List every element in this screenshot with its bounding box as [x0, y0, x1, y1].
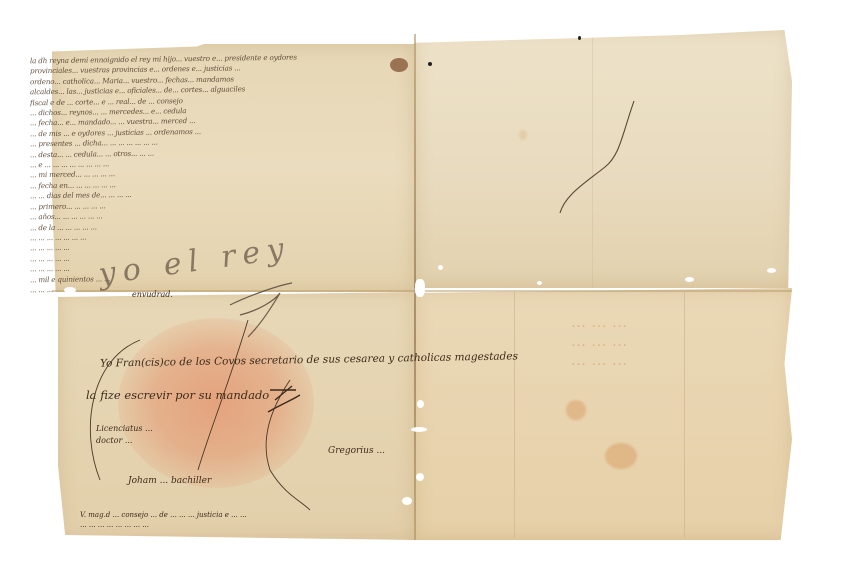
paper-hole — [685, 277, 694, 282]
paper-hole — [537, 281, 542, 285]
verso-faded-stamp: ... ... ... ... ... ... ... ... ... — [525, 316, 675, 373]
secretary-rubric-flourish — [70, 320, 330, 520]
ink-spot — [428, 62, 432, 66]
fold-crease — [684, 292, 685, 538]
registration-note: V. mag.d ... consejo ... de ... ... ... … — [80, 510, 400, 530]
stamp-line: ... ... ... — [525, 354, 675, 373]
stamp-line: ... ... ... — [525, 316, 675, 335]
closing-word: envudrad. — [132, 290, 173, 299]
foxing-stain — [605, 443, 637, 469]
countersignature: Gregorius ... — [328, 446, 385, 456]
paper-hole — [417, 400, 424, 408]
paper-hole — [438, 265, 443, 270]
ink-spot — [578, 36, 581, 40]
footer-line: V. mag.d ... consejo ... de ... ... ... … — [80, 510, 400, 520]
paper-hole — [416, 473, 424, 481]
paper-hole — [767, 268, 776, 273]
countersignature: doctor ... — [96, 436, 132, 445]
fold-crease — [514, 292, 515, 538]
paper-hole — [411, 427, 427, 432]
footer-line: ... ... ... ... ... ... ... ... — [80, 520, 400, 530]
pen-stroke-mark — [550, 95, 640, 215]
foxing-stain — [519, 130, 527, 140]
ink-stain — [390, 58, 408, 72]
stamp-line: ... ... ... — [525, 335, 675, 354]
countersignature: Licenciatus ... — [96, 424, 153, 433]
foxing-stain — [566, 400, 586, 420]
paper-hole — [402, 497, 412, 505]
countersignature: Joham ... bachiller — [128, 476, 211, 486]
paper-hole — [415, 279, 425, 297]
